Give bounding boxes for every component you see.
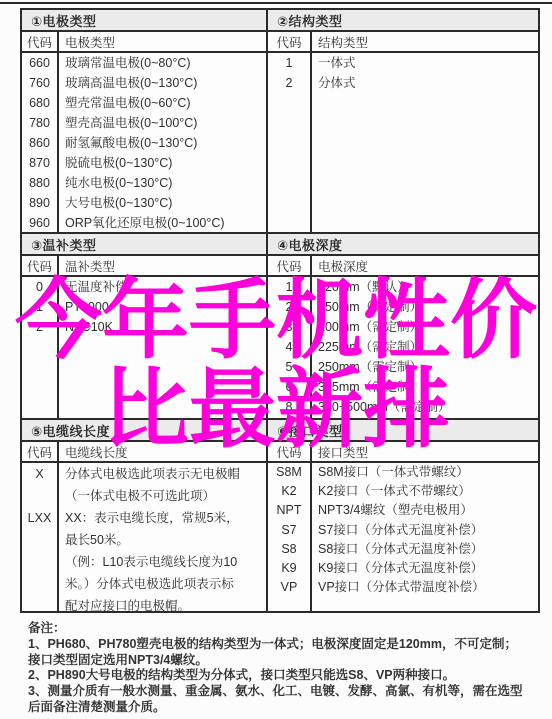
label-cell: 脱硫电极(0~130°C) (57, 153, 266, 173)
code-column-header: 代码 (268, 257, 310, 275)
label-cell: PT1000 (57, 297, 266, 317)
table-left-column: ①电极类型 代码 电极类型 660玻璃常温电极(0~80°C)760玻璃高温电极… (22, 10, 268, 611)
table-row: 4225mm（需定制） (268, 337, 538, 357)
section-title: ②结构类型 (268, 10, 538, 32)
label-cell: ORP氧化还原电极(0~100°C) (57, 213, 266, 232)
spec-sheet-page: ①电极类型 代码 电极类型 660玻璃常温电极(0~80°C)760玻璃高温电极… (0, 0, 552, 719)
code-cell: NPT (268, 501, 310, 520)
code-column-header: 代码 (268, 33, 310, 51)
section-temp-comp-type: ③温补类型 代码 温补类型 0无温度补偿1PT10002NTC10K (22, 232, 266, 418)
code-cell: 1 (22, 297, 57, 317)
label-cell: S8M接口（一体式带螺纹） (310, 463, 538, 482)
table-row: 870脱硫电极(0~130°C) (22, 153, 266, 173)
code-cell: 660 (22, 53, 57, 73)
code-cell: 780 (22, 113, 57, 133)
table-row: LXXXX：表示电缆长度，常规5米， 最长50米。 （例：L10表示电缆线长度为… (22, 507, 266, 611)
note-item-3: 3、测量介质有一般水测量、重金属、氨水、化工、电镀、发酵、高氯、有机等，需在选型… (28, 684, 546, 716)
label-cell: 分体式电极选此项表示无电极帽 （一体式电极不可选此项） (57, 463, 266, 507)
note-item-2: 2、PH890大号电极的结构类型为分体式，接口类型只能选S8、VP两种接口。 (28, 668, 546, 684)
table-rows: S8MS8M接口（一体式带螺纹）K2K2接口（一体式不带螺纹）NPTNPT3/4… (268, 463, 538, 611)
label-cell: 纯水电极(0~130°C) (57, 173, 266, 193)
code-cell: 0 (22, 277, 57, 297)
code-cell: K9 (268, 559, 310, 578)
table-row: S7S7接口（分体式无温度补偿） (268, 521, 538, 540)
label-cell: VP接口（分体式带温度补偿） (310, 578, 538, 597)
table-row: 890大号电极(0~130°C) (22, 193, 266, 213)
section-title: ③温补类型 (22, 234, 266, 256)
table-row: 2分体式 (268, 73, 538, 93)
code-cell: 2 (268, 297, 310, 317)
label-column-header: 电极类型 (57, 33, 115, 51)
code-cell: S8 (268, 540, 310, 559)
table-row: 1PT1000 (22, 297, 266, 317)
label-cell: S8接口（分体式无温度补偿） (310, 540, 538, 559)
table-row: K2K2接口（一体式不带螺纹） (268, 482, 538, 501)
label-cell: 大号电极(0~130°C) (57, 193, 266, 213)
table-row: S8MS8M接口（一体式带螺纹） (268, 463, 538, 482)
table-row: 1一体式 (268, 53, 538, 73)
label-cell: XX：表示电缆长度，常规5米， 最长50米。 （例：L10表示电缆线长度为10 … (57, 507, 266, 611)
code-column-header: 代码 (22, 443, 57, 461)
code-cell: X (22, 463, 57, 485)
code-cell: 8 (268, 397, 310, 417)
code-cell: S7 (268, 521, 310, 540)
label-cell: K9接口（分体式无温度补偿） (310, 559, 538, 578)
column-header-row: 代码 电极深度 (268, 256, 538, 277)
label-cell: 耐氢氟酸电极(0~130°C) (57, 133, 266, 153)
table-right-column: ②结构类型 代码 结构类型 1一体式2分体式 ④电极深度 代码 电极深度 112… (268, 10, 538, 611)
label-cell: NTC10K (57, 317, 266, 337)
code-cell: K2 (268, 482, 310, 501)
label-cell: 200mm（需定制） (310, 317, 538, 337)
code-cell: 860 (22, 133, 57, 153)
column-header-row: 代码 结构类型 (268, 32, 538, 53)
code-cell: 870 (22, 153, 57, 173)
table-rows: 0无温度补偿1PT10002NTC10K (22, 277, 266, 418)
section-electrode-depth: ④电极深度 代码 电极深度 1120mm（默认）2150mm（需定制）3200m… (268, 232, 538, 418)
label-column-header: 温补类型 (57, 257, 115, 275)
table-row: 680塑壳常温电极(0~60°C) (22, 93, 266, 113)
code-cell: 960 (22, 213, 57, 232)
table-row: 6325mm（需定制） (268, 377, 538, 397)
label-cell: 150mm（需定制） (310, 297, 538, 317)
label-cell: 250mm（需定制） (310, 357, 538, 377)
code-cell: 880 (22, 173, 57, 193)
table-row: 5250mm（需定制） (268, 357, 538, 377)
table-row: NPTNPT3/4螺纹（塑壳电极用） (268, 501, 538, 520)
code-cell: S8M (268, 463, 310, 482)
table-row: 760玻璃高温电极(0~130°C) (22, 73, 266, 93)
code-cell: 680 (22, 93, 57, 113)
code-cell: LXX (22, 507, 57, 529)
table-row: 1120mm（默认） (268, 277, 538, 297)
code-cell: 4 (268, 337, 310, 357)
table-rows: 660玻璃常温电极(0~80°C)760玻璃高温电极(0~130°C)680塑壳… (22, 53, 266, 232)
top-divider-line (0, 2, 552, 4)
label-column-header: 电缆线长度 (57, 443, 128, 461)
label-column-header: 电极深度 (310, 257, 368, 275)
code-cell: VP (268, 578, 310, 597)
section-title: ①电极类型 (22, 10, 266, 32)
label-column-header: 结构类型 (310, 33, 368, 51)
column-header-row: 代码 电极类型 (22, 32, 266, 53)
code-cell: 2 (22, 317, 57, 337)
label-cell: 350~500mm（需定制） (310, 397, 538, 417)
table-row: X分体式电极选此项表示无电极帽 （一体式电极不可选此项） (22, 463, 266, 507)
table-row: 960ORP氧化还原电极(0~100°C) (22, 213, 266, 232)
section-structure-type: ②结构类型 代码 结构类型 1一体式2分体式 (268, 10, 538, 232)
label-cell: 玻璃常温电极(0~80°C) (57, 53, 266, 73)
code-cell: 890 (22, 193, 57, 213)
label-cell: 分体式 (310, 73, 538, 93)
table-row: S8S8接口（分体式无温度补偿） (268, 540, 538, 559)
label-cell: 225mm（需定制） (310, 337, 538, 357)
section-title: ⑥接口类型 (268, 420, 538, 442)
code-column-header: 代码 (22, 257, 57, 275)
table-row: 8350~500mm（需定制） (268, 397, 538, 417)
label-column-header: 接口类型 (310, 443, 368, 461)
section-electrode-type: ①电极类型 代码 电极类型 660玻璃常温电极(0~80°C)760玻璃高温电极… (22, 10, 266, 232)
code-column-header: 代码 (268, 443, 310, 461)
code-cell: 1 (268, 53, 310, 73)
section-title: ④电极深度 (268, 234, 538, 256)
code-cell: 1 (268, 277, 310, 297)
table-row: VPVP接口（分体式带温度补偿） (268, 578, 538, 597)
label-cell: 塑壳高温电极(0~100°C) (57, 113, 266, 133)
label-cell: 120mm（默认） (310, 277, 538, 297)
note-item-1: 1、PH680、PH780塑壳电极的结构类型为一体式；电极深度固定是120mm，… (28, 637, 546, 669)
notes-title: 备注： (28, 621, 546, 637)
label-cell: 325mm（需定制） (310, 377, 538, 397)
code-column-header: 代码 (22, 33, 57, 51)
table-rows: X分体式电极选此项表示无电极帽 （一体式电极不可选此项）LXXXX：表示电缆长度… (22, 463, 266, 611)
column-header-row: 代码 温补类型 (22, 256, 266, 277)
label-cell: S7接口（分体式无温度补偿） (310, 521, 538, 540)
section-interface-type: ⑥接口类型 代码 接口类型 S8MS8M接口（一体式带螺纹）K2K2接口（一体式… (268, 418, 538, 611)
section-title: ⑤电缆线长度 (22, 420, 266, 442)
table-row: K9K9接口（分体式无温度补偿） (268, 559, 538, 578)
code-cell: 3 (268, 317, 310, 337)
label-cell: K2接口（一体式不带螺纹） (310, 482, 538, 501)
table-row: 0无温度补偿 (22, 277, 266, 297)
code-cell: 2 (268, 73, 310, 93)
table-rows: 1120mm（默认）2150mm（需定制）3200mm（需定制）4225mm（需… (268, 277, 538, 418)
code-cell: 760 (22, 73, 57, 93)
selection-table: ①电极类型 代码 电极类型 660玻璃常温电极(0~80°C)760玻璃高温电极… (20, 8, 540, 613)
table-row: 3200mm（需定制） (268, 317, 538, 337)
table-row: 2150mm（需定制） (268, 297, 538, 317)
label-cell: 无温度补偿 (57, 277, 266, 297)
label-cell: 玻璃高温电极(0~130°C) (57, 73, 266, 93)
code-cell: 6 (268, 377, 310, 397)
label-cell: 一体式 (310, 53, 538, 73)
table-rows: 1一体式2分体式 (268, 53, 538, 232)
table-row: 880纯水电极(0~130°C) (22, 173, 266, 193)
table-row: 860耐氢氟酸电极(0~130°C) (22, 133, 266, 153)
table-row: 780塑壳高温电极(0~100°C) (22, 113, 266, 133)
column-header-row: 代码 接口类型 (268, 442, 538, 463)
section-cable-length: ⑤电缆线长度 代码 电缆线长度 X分体式电极选此项表示无电极帽 （一体式电极不可… (22, 418, 266, 611)
label-cell: 塑壳常温电极(0~60°C) (57, 93, 266, 113)
code-cell: 5 (268, 357, 310, 377)
column-header-row: 代码 电缆线长度 (22, 442, 266, 463)
label-cell: NPT3/4螺纹（塑壳电极用） (310, 501, 538, 520)
table-row: 660玻璃常温电极(0~80°C) (22, 53, 266, 73)
notes-block: 备注： 1、PH680、PH780塑壳电极的结构类型为一体式；电极深度固定是12… (28, 621, 546, 716)
table-row: 2NTC10K (22, 317, 266, 337)
